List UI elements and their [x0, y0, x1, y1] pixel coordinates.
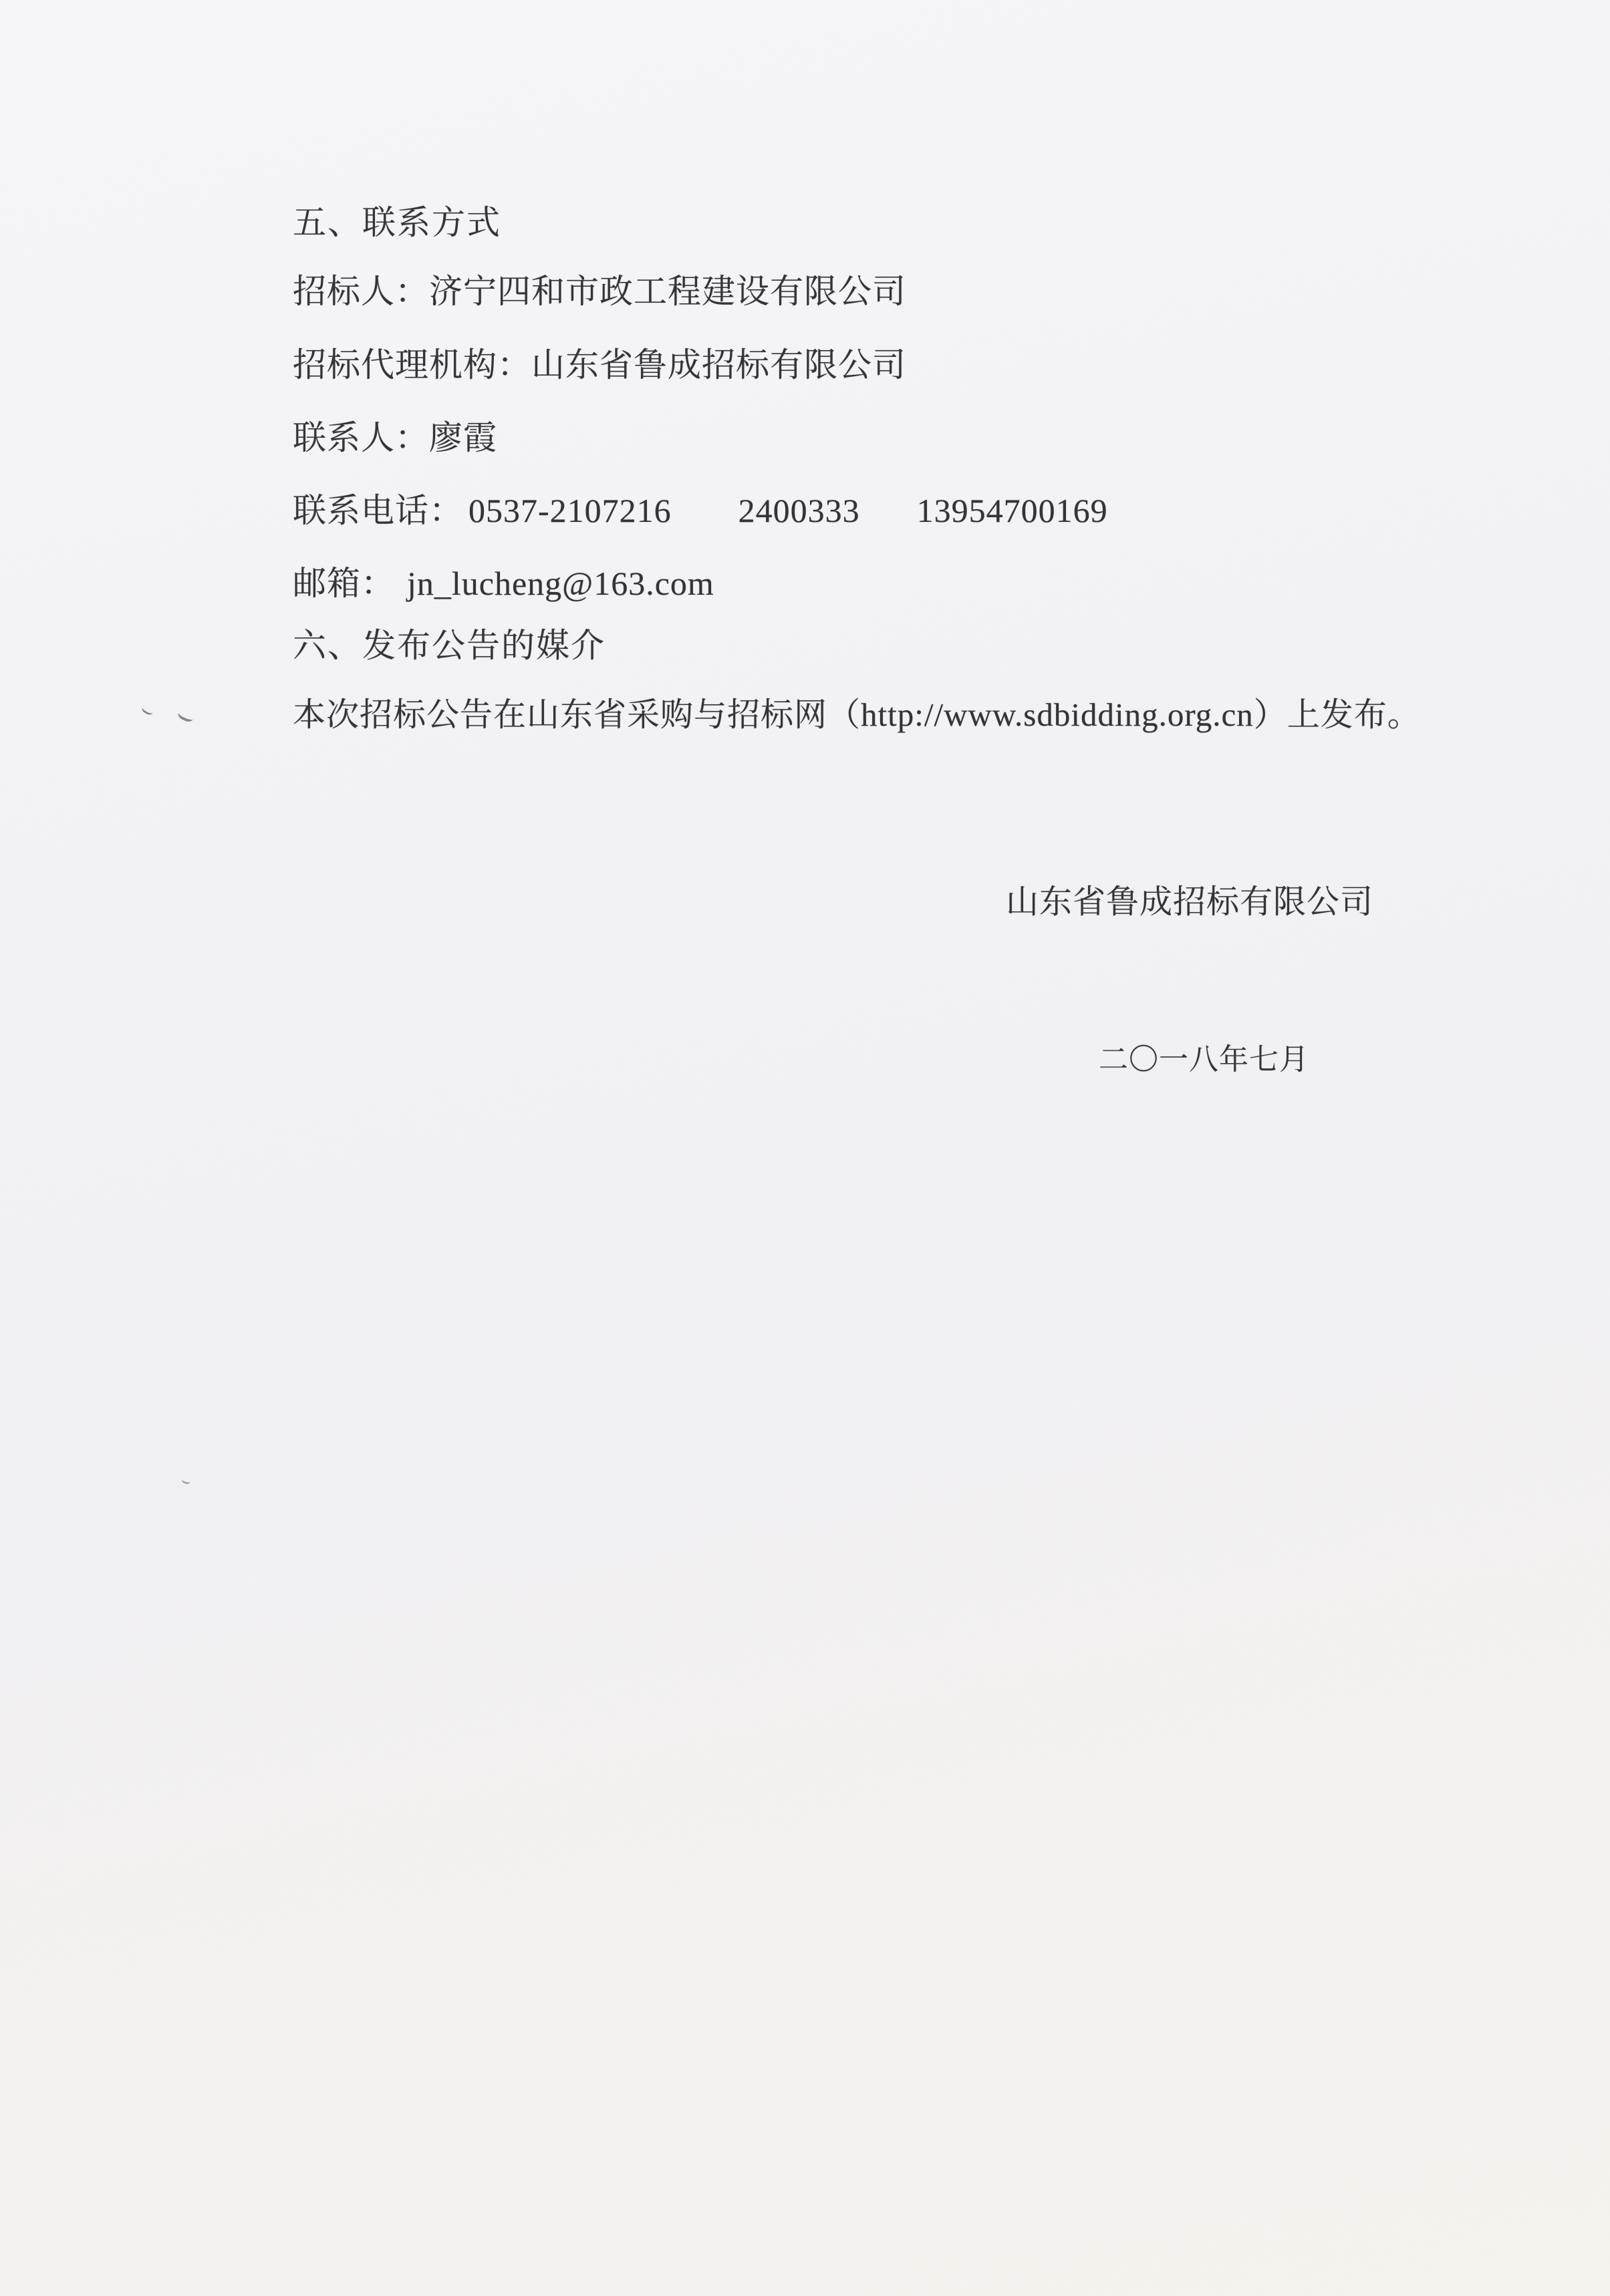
- ink-speck: [181, 1475, 194, 1486]
- ink-smudge: [140, 703, 156, 718]
- bidder-value: 济宁四和市政工程建设有限公司: [429, 273, 906, 310]
- phone-number-2: 2400333: [739, 492, 860, 529]
- signature-company: 山东省鲁成招标有限公司: [1006, 876, 1373, 923]
- signature-date: 二〇一八年七月: [1099, 1035, 1309, 1078]
- agency-line: 招标代理机构：山东省鲁成招标有限公司: [293, 347, 906, 384]
- section-6-heading: 六、发布公告的媒介: [293, 627, 606, 664]
- agency-value: 山东省鲁成招标有限公司: [531, 346, 906, 384]
- bidder-label: 招标人：: [293, 273, 429, 310]
- agency-label: 招标代理机构：: [293, 346, 531, 384]
- email-line: 邮箱：jn_lucheng@163.com: [293, 565, 714, 602]
- email-value: jn_lucheng@163.com: [407, 565, 714, 602]
- paper-texture: [0, 0, 1610, 2296]
- phone-line: 联系电话：0537-2107216240033313954700169: [293, 492, 1108, 529]
- ink-smudge: [176, 707, 197, 724]
- contact-person-label: 联系人：: [293, 419, 429, 456]
- section-5-heading: 五、联系方式: [293, 204, 501, 241]
- scanned-document-page: 五、联系方式 招标人：济宁四和市政工程建设有限公司 招标代理机构：山东省鲁成招标…: [0, 0, 1610, 2296]
- email-label: 邮箱：: [293, 565, 395, 602]
- contact-person-value: 廖霞: [429, 419, 497, 456]
- phone-label: 联系电话：: [293, 492, 463, 529]
- phone-number-3: 13954700169: [917, 492, 1108, 529]
- contact-person-line: 联系人：廖霞: [293, 420, 497, 456]
- bidder-line: 招标人：济宁四和市政工程建设有限公司: [293, 273, 906, 310]
- media-body-text: 本次招标公告在山东省采购与招标网（http://www.sdbidding.or…: [293, 697, 1421, 733]
- phone-number-1: 0537-2107216: [468, 492, 672, 529]
